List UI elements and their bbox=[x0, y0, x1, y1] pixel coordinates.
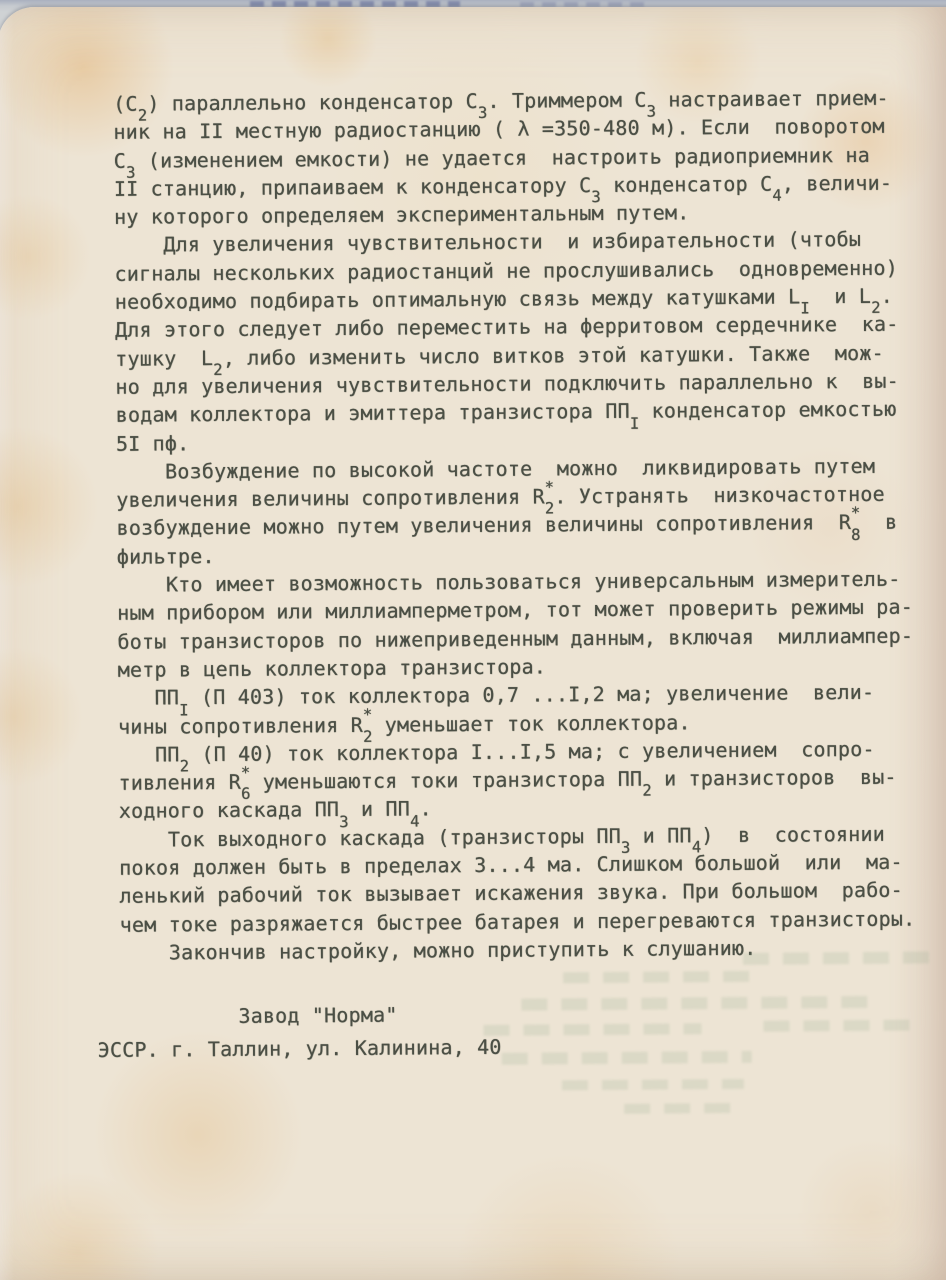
paper-sheet: (С2) параллельно конденсатор С3. Триммер… bbox=[0, 7, 946, 1280]
factory-name-line: Завод "Норма" bbox=[238, 1001, 397, 1031]
bleedthrough-text-ghost bbox=[562, 1079, 744, 1090]
bleedthrough-text-ghost bbox=[624, 1103, 744, 1114]
bleedthrough-text-ghost bbox=[483, 1023, 701, 1036]
bleedthrough-text-ghost bbox=[763, 1020, 911, 1032]
typewritten-body-text: (С2) параллельно конденсатор С3. Триммер… bbox=[113, 84, 916, 967]
bleedthrough-text-ghost bbox=[743, 951, 931, 964]
typescript-layer: (С2) параллельно конденсатор С3. Триммер… bbox=[0, 3, 946, 1280]
bleedthrough-text-ghost bbox=[502, 1051, 752, 1065]
factory-address-line: ЭССР. г. Таллин, ул. Калинина, 40 bbox=[98, 1033, 502, 1064]
bleedthrough-text-ghost bbox=[563, 971, 763, 984]
scanned-page-photo: (С2) параллельно конденсатор С3. Триммер… bbox=[0, 0, 946, 1280]
bleedthrough-text-ghost bbox=[521, 996, 877, 1011]
